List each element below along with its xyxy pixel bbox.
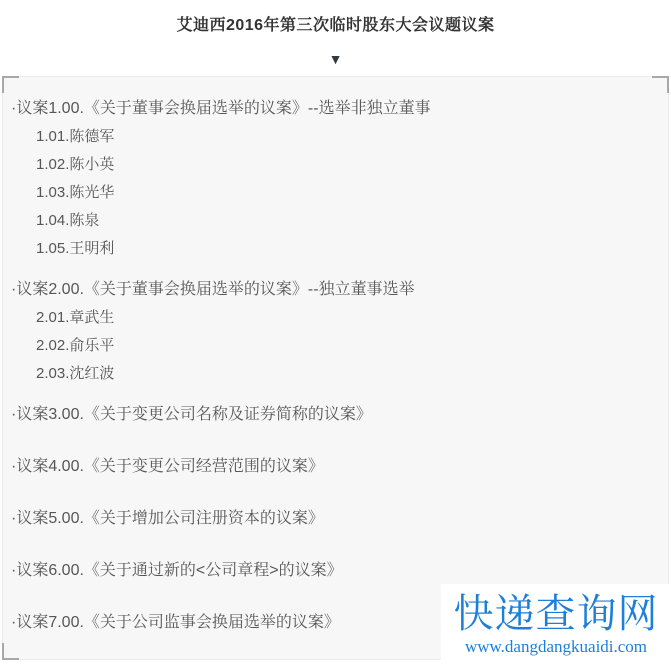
agenda-sub-item: 1.05.王明利: [11, 235, 658, 263]
page-title: 艾迪西2016年第三次临时股东大会议题议案: [0, 12, 671, 35]
agenda-sub-item: 2.02.俞乐平: [11, 332, 658, 360]
agenda-sub-item: 2.03.沈红波: [11, 360, 658, 388]
agenda-item-title: ·议案4.00.《关于变更公司经营范围的议案》: [11, 453, 658, 481]
agenda-sub-item: 1.03.陈光华: [11, 179, 658, 207]
agenda-item-title: ·议案6.00.《关于通过新的<公司章程>的议案》: [11, 557, 658, 585]
corner-bracket-bottom-left-icon: [2, 643, 19, 660]
corner-bracket-top-left-icon: [2, 76, 19, 93]
agenda-item-title: ·议案2.00.《关于董事会换届选举的议案》--独立董事选举: [11, 276, 658, 304]
agenda-item-title: ·议案1.00.《关于董事会换届选举的议案》--选举非独立董事: [11, 95, 658, 123]
agenda-section: ·议案6.00.《关于通过新的<公司章程>的议案》: [11, 557, 658, 585]
chevron-down-icon: ▼: [0, 52, 671, 66]
agenda-item-title: ·议案5.00.《关于增加公司注册资本的议案》: [11, 505, 658, 533]
page-header: 艾迪西2016年第三次临时股东大会议题议案 ▼: [0, 0, 671, 66]
agenda-section: ·议案1.00.《关于董事会换届选举的议案》--选举非独立董事1.01.陈德军1…: [11, 95, 658, 263]
agenda-section: ·议案2.00.《关于董事会换届选举的议案》--独立董事选举2.01.章武生2.…: [11, 276, 658, 388]
agenda-sub-item: 1.01.陈德军: [11, 123, 658, 151]
watermark: 快递查询网 www.dangdangkuaidi.com: [441, 584, 671, 661]
agenda-section: ·议案5.00.《关于增加公司注册资本的议案》: [11, 505, 658, 533]
agenda-panel: ·议案1.00.《关于董事会换届选举的议案》--选举非独立董事1.01.陈德军1…: [2, 76, 669, 660]
agenda-section: ·议案4.00.《关于变更公司经营范围的议案》: [11, 453, 658, 481]
agenda-sub-item: 1.02.陈小英: [11, 151, 658, 179]
agenda-section: ·议案3.00.《关于变更公司名称及证券简称的议案》: [11, 401, 658, 429]
agenda-sub-item: 2.01.章武生: [11, 304, 658, 332]
watermark-site-name: 快递查询网: [445, 594, 667, 634]
agenda-item-title: ·议案3.00.《关于变更公司名称及证券简称的议案》: [11, 401, 658, 429]
agenda-sub-item: 1.04.陈泉: [11, 207, 658, 235]
watermark-site-url: www.dangdangkuaidi.com: [445, 637, 667, 657]
corner-bracket-top-right-icon: [652, 76, 669, 93]
agenda-list: ·议案1.00.《关于董事会换届选举的议案》--选举非独立董事1.01.陈德军1…: [11, 95, 658, 637]
